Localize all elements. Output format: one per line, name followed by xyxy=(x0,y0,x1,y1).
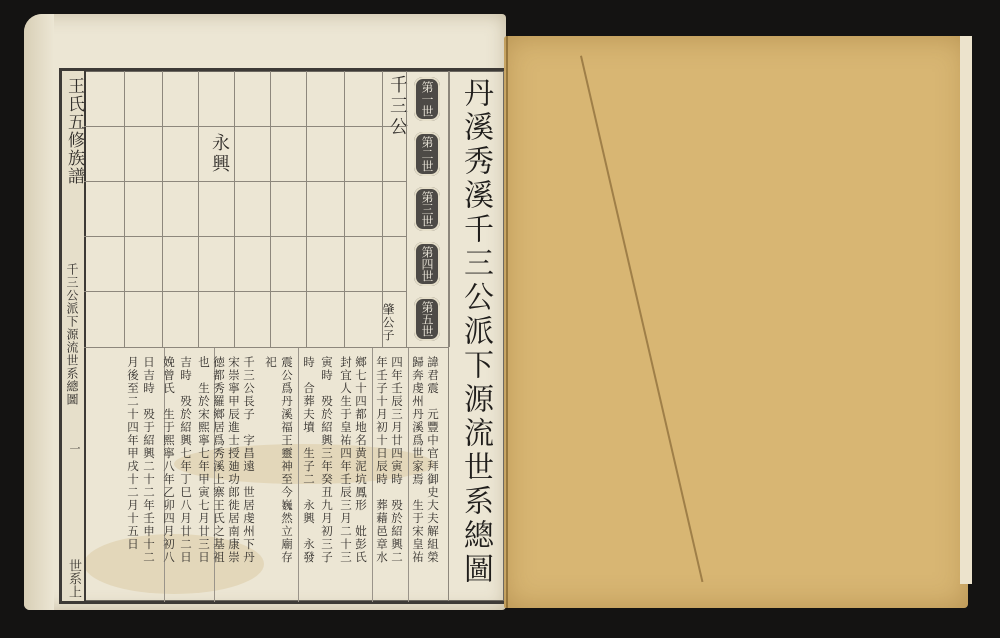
bio-line: 月後至二十四年甲戌十二月十五日 xyxy=(126,356,139,596)
bio-line: 震公爲丹溪福王靈神至今巍然立廟存 xyxy=(280,356,293,596)
generation-badge-1: 第一世 xyxy=(414,77,440,121)
bio-line: 四年壬辰三月廿四寅時 殁於紹興二 xyxy=(390,356,403,596)
printed-frame: 王氏五修族譜 千三公派下源流世系總圖 一 世系上 千三公 永興 第一世 第二世 … xyxy=(59,68,507,604)
page-edge xyxy=(960,36,972,584)
bio-line: 日吉時 殁于紹興二十二年壬申十二 xyxy=(142,356,155,596)
bio-line: 封宜人生于皇祐四年壬辰三月二十三 xyxy=(339,356,352,596)
bio-line: 年壬子十月初十日辰時 葬藉邑章水 xyxy=(375,356,388,596)
bio-line: 歸奔虔州丹溪爲世家焉 生于宋皇祐 xyxy=(411,356,424,596)
bio-line: 徳都秀羅鄉居爲秀溪上寨王氏之基祖 xyxy=(212,356,225,596)
spine-subtitle: 千三公派下源流世系總圖 xyxy=(65,263,79,406)
paper-crease xyxy=(580,56,703,583)
bio-line: 宋崇寧甲辰進士授廸功郎徙居南康崇 xyxy=(227,356,240,596)
bio-line: 寅時 殁於紹興三年癸丑九月初三子 xyxy=(320,356,333,596)
book-title: 王氏五修族譜 xyxy=(63,77,83,185)
bio-line: 娩曾氏 生于熙寧八年乙卯四月初八 xyxy=(162,356,175,596)
bio-heading: 肇公子 xyxy=(380,303,397,342)
chart-entry-gen2: 永興 xyxy=(206,133,232,175)
title-column: 丹溪秀溪千三公派下源流世系總圖 xyxy=(448,71,499,601)
biography-section: 諱君震 元豐中官拜御史大夫解組榮 歸奔虔州丹溪爲世家焉 生于宋皇祐 四年壬辰三月… xyxy=(84,347,448,602)
generation-badge-3: 第三世 xyxy=(414,187,440,231)
spine-page-label: 世系上 xyxy=(64,559,83,598)
right-page-blank xyxy=(504,36,968,608)
generation-badge-2: 第二世 xyxy=(414,132,440,176)
generation-column: 第一世 第二世 第三世 第四世 第五世 xyxy=(406,71,450,347)
spine-marker: 一 xyxy=(66,443,82,454)
generation-badge-4: 第四世 xyxy=(414,242,440,286)
lineage-grid: 千三公 永興 xyxy=(84,71,406,347)
page-title: 丹溪秀溪千三公派下源流世系總圖 xyxy=(457,77,493,587)
spine-strip: 王氏五修族譜 千三公派下源流世系總圖 一 世系上 xyxy=(62,71,86,601)
bio-line: 時 合葬夫墳 生子二 永興 永發 xyxy=(302,356,315,596)
bio-line: 鄉七十四都地名黄泥坑鳳形 妣彭氏 xyxy=(354,356,367,596)
bio-line: 吉時 殁於紹興七年丁巳八月廿二日 xyxy=(179,356,192,596)
bio-line: 諱君震 元豐中官拜御史大夫解組榮 xyxy=(426,356,439,596)
generation-badge-5: 第五世 xyxy=(414,297,440,341)
page-seam xyxy=(506,36,508,608)
bio-line: 千三公長子 字昌遠 世居虔州下丹 xyxy=(242,356,255,596)
left-page: 王氏五修族譜 千三公派下源流世系總圖 一 世系上 千三公 永興 第一世 第二世 … xyxy=(24,14,506,610)
bio-line: 祀 xyxy=(264,356,277,596)
bio-line: 也 生於宋熙寧七年甲寅七月廿三日 xyxy=(197,356,210,596)
